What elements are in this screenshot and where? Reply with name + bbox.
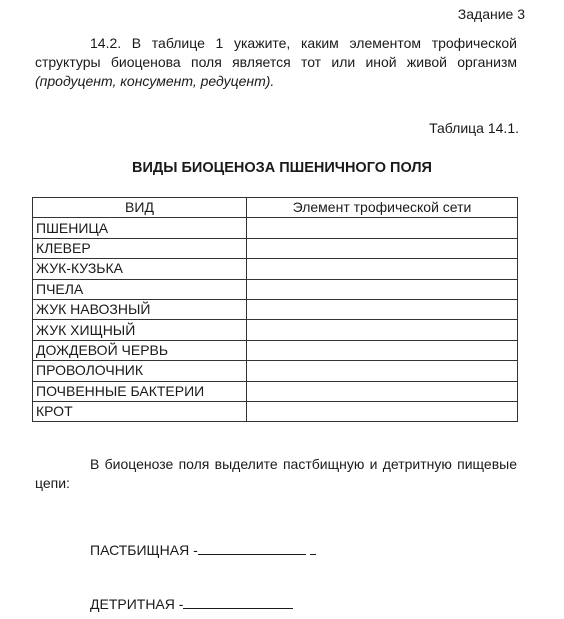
instruction-italic: (продуцент, консумент, редуцент). — [35, 73, 274, 89]
table-title: ВИДЫ БИОЦЕНОЗА ПШЕНИЧНОГО ПОЛЯ — [0, 160, 564, 176]
element-cell[interactable] — [247, 218, 518, 238]
question2-paragraph: В биоценозе поля выделите пастбищную и д… — [35, 455, 517, 493]
grazing-chain-blank-tail — [310, 540, 316, 555]
table-row: ПРОВОЛОЧНИК — [33, 361, 518, 381]
element-cell[interactable] — [247, 259, 518, 279]
species-cell: ПОЧВЕННЫЕ БАКТЕРИИ — [33, 381, 247, 401]
element-cell[interactable] — [247, 361, 518, 381]
question2-text: В биоценозе поля выделите пастбищную и д… — [35, 456, 517, 491]
species-cell: ДОЖДЕВОЙ ЧЕРВЬ — [33, 340, 247, 360]
table-header-row: ВИД Элемент трофической сети — [33, 198, 518, 218]
species-table: ВИД Элемент трофической сети ПШЕНИЦАКЛЕВ… — [32, 197, 518, 422]
table-row: ЖУК НАВОЗНЫЙ — [33, 299, 518, 319]
element-cell[interactable] — [247, 238, 518, 258]
instruction-paragraph: 14.2. В таблице 1 укажите, каким элемент… — [35, 34, 517, 91]
species-cell: ПРОВОЛОЧНИК — [33, 361, 247, 381]
table-row: ЖУК-КУЗЬКА — [33, 259, 518, 279]
element-cell[interactable] — [247, 401, 518, 421]
instruction-text: 14.2. В таблице 1 укажите, каким элемент… — [35, 35, 517, 70]
table-row: ПОЧВЕННЫЕ БАКТЕРИИ — [33, 381, 518, 401]
grazing-chain: ПАСТБИЩНАЯ - — [90, 540, 316, 558]
table-row: ПШЕНИЦА — [33, 218, 518, 238]
table-caption: Таблица 14.1. — [429, 120, 519, 136]
table-row: КЛЕВЕР — [33, 238, 518, 258]
species-cell: ПШЕНИЦА — [33, 218, 247, 238]
grazing-chain-label: ПАСТБИЩНАЯ - — [90, 542, 198, 558]
species-cell: ЖУК НАВОЗНЫЙ — [33, 299, 247, 319]
species-cell: ЖУК-КУЗЬКА — [33, 259, 247, 279]
species-cell: ПЧЕЛА — [33, 279, 247, 299]
element-cell[interactable] — [247, 299, 518, 319]
species-cell: КЛЕВЕР — [33, 238, 247, 258]
detrital-chain: ДЕТРИТНАЯ - — [90, 594, 293, 612]
element-cell[interactable] — [247, 381, 518, 401]
element-cell[interactable] — [247, 279, 518, 299]
grazing-chain-blank[interactable] — [198, 540, 306, 555]
species-cell: ЖУК ХИЩНЫЙ — [33, 320, 247, 340]
header-species: ВИД — [33, 198, 247, 218]
detrital-chain-label: ДЕТРИТНАЯ - — [90, 596, 183, 612]
species-cell: КРОТ — [33, 401, 247, 421]
element-cell[interactable] — [247, 340, 518, 360]
header-element: Элемент трофической сети — [247, 198, 518, 218]
task-label: Задание 3 — [458, 6, 525, 22]
detrital-chain-blank[interactable] — [183, 594, 293, 609]
element-cell[interactable] — [247, 320, 518, 340]
table-row: ЖУК ХИЩНЫЙ — [33, 320, 518, 340]
table-row: ДОЖДЕВОЙ ЧЕРВЬ — [33, 340, 518, 360]
table-row: КРОТ — [33, 401, 518, 421]
table-row: ПЧЕЛА — [33, 279, 518, 299]
